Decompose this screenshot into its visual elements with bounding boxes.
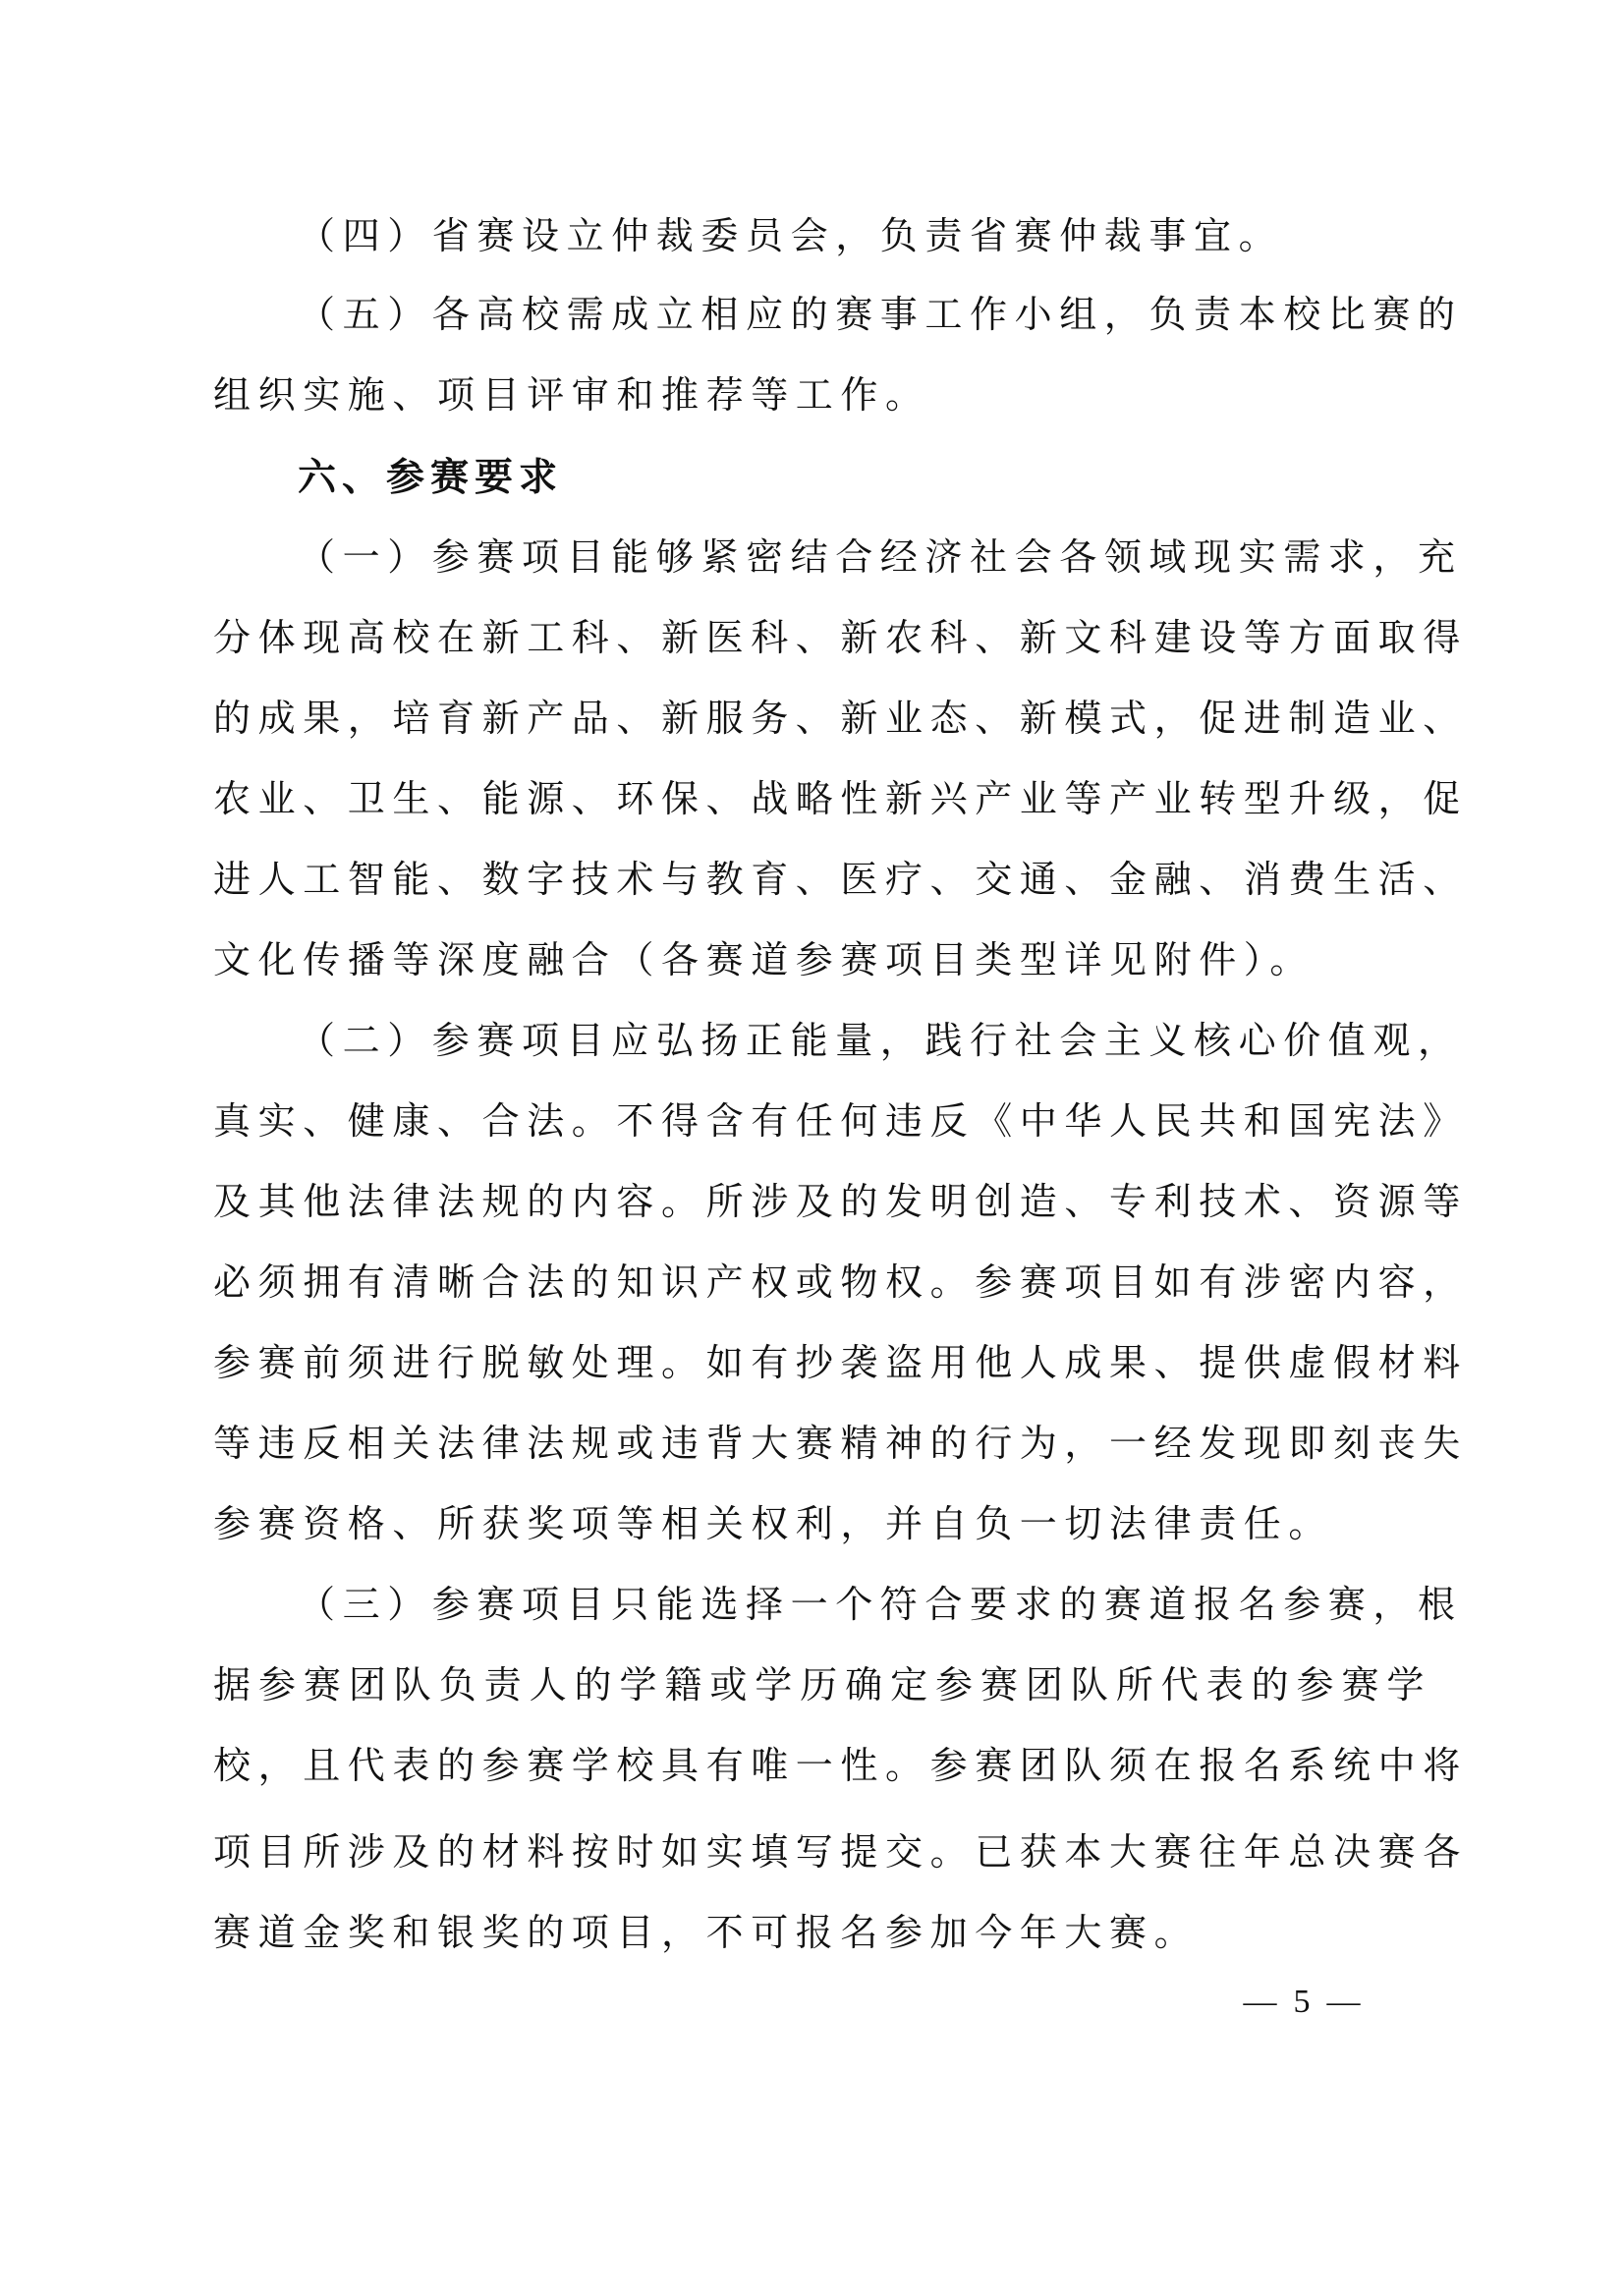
- section-heading: 六、参赛要求: [298, 438, 563, 519]
- paragraph-line: 参赛资格、所获奖项等相关权利，并自负一切法律责任。: [213, 1483, 1431, 1564]
- paragraph-line: 真实、健康、合法。不得含有任何违反《中华人民共和国宪法》: [213, 1081, 1431, 1161]
- page-number: — 5 —: [1218, 1975, 1385, 2030]
- paragraph-line: 分体现高校在新工科、新医科、新农科、新文科建设等方面取得: [213, 597, 1431, 678]
- paragraph-line: 项目所涉及的材料按时如实填写提交。已获本大赛往年总决赛各: [213, 1812, 1431, 1892]
- paragraph-line: （五）各高校需成立相应的赛事工作小组，负责本校比赛的: [298, 274, 1431, 355]
- paragraph-line: （三）参赛项目只能选择一个符合要求的赛道报名参赛，根: [298, 1564, 1431, 1645]
- document-page: （四）省赛设立仲裁委员会，负责省赛仲裁事宜。 （五）各高校需成立相应的赛事工作小…: [0, 0, 1624, 2295]
- paragraph-line: 进人工智能、数字技术与教育、医疗、交通、金融、消费生活、: [213, 839, 1431, 920]
- paragraph-line: （四）省赛设立仲裁委员会，负责省赛仲裁事宜。: [298, 196, 1431, 276]
- paragraph-line: 等违反相关法律法规或违背大赛精神的行为，一经发现即刻丧失: [213, 1403, 1431, 1483]
- paragraph-line: （二）参赛项目应弘扬正能量，践行社会主义核心价值观，: [298, 1000, 1431, 1081]
- paragraph-line: 组织实施、项目评审和推荐等工作。: [213, 355, 1431, 435]
- paragraph-line: 及其他法律法规的内容。所涉及的发明创造、专利技术、资源等: [213, 1161, 1431, 1242]
- paragraph-line: 校，且代表的参赛学校具有唯一性。参赛团队须在报名系统中将: [213, 1725, 1431, 1806]
- paragraph-line: （一）参赛项目能够紧密结合经济社会各领域现实需求，充: [298, 517, 1431, 597]
- paragraph-line: 据参赛团队负责人的学籍或学历确定参赛团队所代表的参赛学: [213, 1645, 1431, 1725]
- paragraph-line: 文化传播等深度融合（各赛道参赛项目类型详见附件）。: [213, 920, 1431, 1000]
- paragraph-line: 必须拥有清晰合法的知识产权或物权。参赛项目如有涉密内容，: [213, 1242, 1431, 1322]
- paragraph-line: 赛道金奖和银奖的项目，不可报名参加今年大赛。: [213, 1892, 1431, 1973]
- paragraph-line: 参赛前须进行脱敏处理。如有抄袭盗用他人成果、提供虚假材料: [213, 1322, 1431, 1403]
- paragraph-line: 农业、卫生、能源、环保、战略性新兴产业等产业转型升级，促: [213, 758, 1431, 839]
- paragraph-line: 的成果，培育新产品、新服务、新业态、新模式，促进制造业、: [213, 678, 1431, 758]
